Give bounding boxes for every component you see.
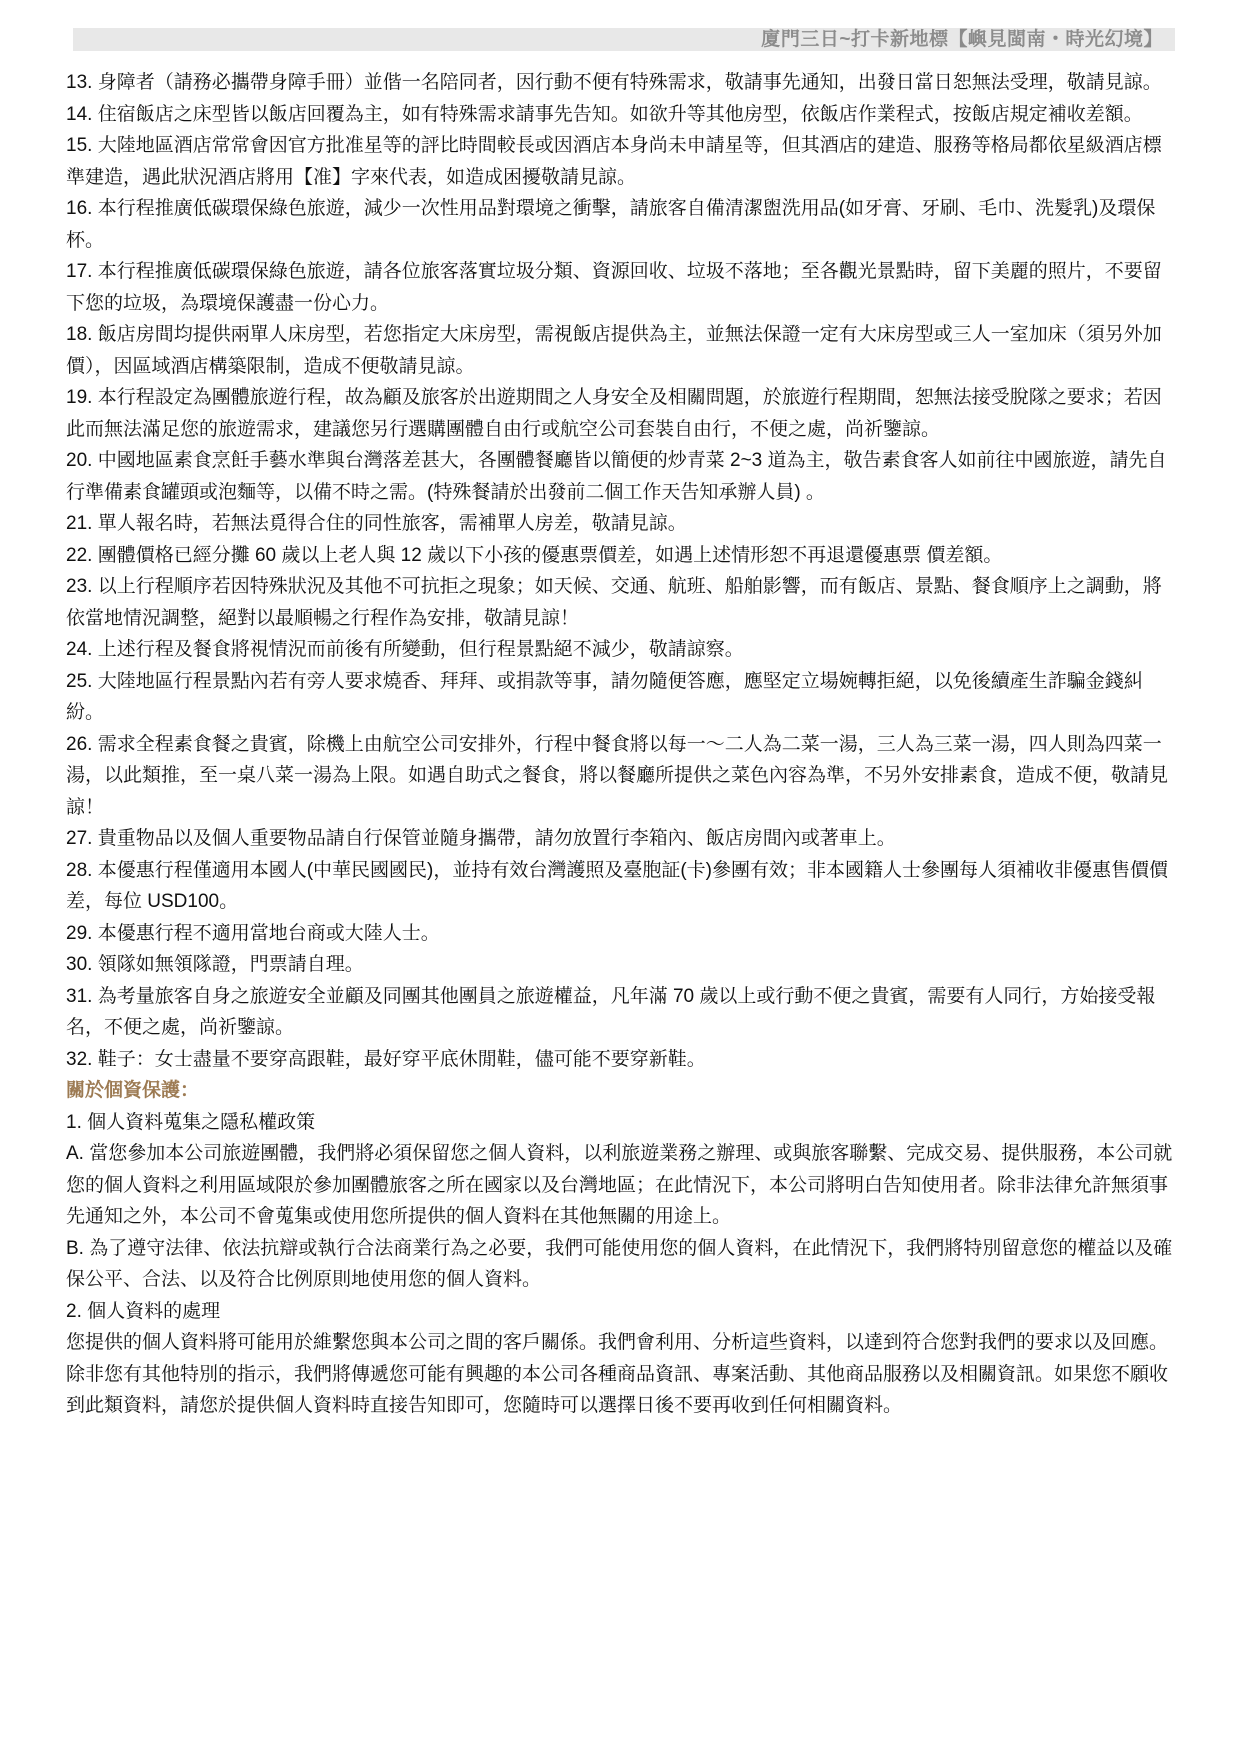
item-number: 23.	[66, 576, 98, 597]
item-text: 大陸地區行程景點內若有旁人要求燒香、拜拜、或捐款等事，請勿隨便答應，應堅定立場婉…	[66, 671, 1143, 724]
item-number: 26.	[66, 734, 98, 755]
item-number: 32.	[66, 1049, 98, 1070]
item-text: 以上行程順序若因特殊狀況及其他不可抗拒之現象；如天候、交通、航班、船舶影響，而有…	[66, 576, 1162, 629]
paragraph: A. 當您參加本公司旅遊團體，我們將必須保留您之個人資料，以利旅遊業務之辦理、或…	[66, 1138, 1177, 1233]
item-text: 您提供的個人資料將可能用於維繫您與本公司之間的客戶關係。我們會利用、分析這些資料…	[66, 1332, 1168, 1416]
item-text: 住宿飯店之床型皆以飯店回覆為主，如有特殊需求請事先告知。如欲升等其他房型，依飯店…	[98, 104, 1143, 125]
item-text: 單人報名時，若無法覓得合住的同性旅客，需補單人房差，敬請見諒。	[98, 513, 687, 534]
item-number: 27.	[66, 828, 98, 849]
item-number: 15.	[66, 135, 98, 156]
item-text: 本優惠行程不適用當地台商或大陸人士。	[98, 923, 440, 944]
item-number: 29.	[66, 923, 98, 944]
item-text: 當您參加本公司旅遊團體，我們將必須保留您之個人資料，以利旅遊業務之辦理、或與旅客…	[66, 1143, 1172, 1227]
paragraph: 25. 大陸地區行程景點內若有旁人要求燒香、拜拜、或捐款等事，請勿隨便答應，應堅…	[66, 666, 1177, 729]
item-text: 大陸地區酒店常常會因官方批准星等的評比時間較長或因酒店本身尚未申請星等，但其酒店…	[66, 135, 1162, 188]
page-header-bar: 廈門三日~打卡新地標【嶼見閩南・時光幻境】	[73, 28, 1175, 51]
item-text: 為了遵守法律、依法抗辯或執行合法商業行為之必要，我們可能使用您的個人資料，在此情…	[66, 1238, 1172, 1291]
item-number: 31.	[66, 986, 98, 1007]
document-page: 廈門三日~打卡新地標【嶼見閩南・時光幻境】 13. 身障者（請務必攜帶身障手冊）…	[0, 0, 1241, 1755]
item-text: 領隊如無領隊證，門票請自理。	[98, 954, 364, 975]
item-text: 貴重物品以及個人重要物品請自行保管並隨身攜帶，請勿放置行李箱內、飯店房間內或著車…	[98, 828, 896, 849]
privacy-list: 1. 個人資料蒐集之隱私權政策 A. 當您參加本公司旅遊團體，我們將必須保留您之…	[66, 1107, 1177, 1422]
paragraph: 16. 本行程推廣低碳環保綠色旅遊，減少一次性用品對環境之衝擊，請旅客自備清潔盥…	[66, 193, 1177, 256]
paragraph: 24. 上述行程及餐食將視情況而前後有所變動，但行程景點絕不減少，敬請諒察。	[66, 634, 1177, 666]
item-text: 為考量旅客自身之旅遊安全並顧及同團其他團員之旅遊權益，凡年滿 70 歲以上或行動…	[66, 986, 1155, 1039]
paragraph: B. 為了遵守法律、依法抗辯或執行合法商業行為之必要，我們可能使用您的個人資料，…	[66, 1233, 1177, 1296]
paragraph: 28. 本優惠行程僅適用本國人(中華民國國民)，並持有效台灣護照及臺胞証(卡)參…	[66, 855, 1177, 918]
paragraph: 21. 單人報名時，若無法覓得合住的同性旅客，需補單人房差，敬請見諒。	[66, 508, 1177, 540]
item-number: 30.	[66, 954, 98, 975]
paragraph: 23. 以上行程順序若因特殊狀況及其他不可抗拒之現象；如天候、交通、航班、船舶影…	[66, 571, 1177, 634]
item-text: 本行程設定為團體旅遊行程，故為顧及旅客於出遊期間之人身安全及相關問題，於旅遊行程…	[66, 387, 1162, 440]
item-number: 2.	[66, 1301, 87, 1322]
item-text: 中國地區素食烹飪手藝水準與台灣落差甚大，各團體餐廳皆以簡便的炒青菜 2~3 道為…	[66, 450, 1167, 503]
paragraph: 29. 本優惠行程不適用當地台商或大陸人士。	[66, 918, 1177, 950]
item-text: 本行程推廣低碳環保綠色旅遊，請各位旅客落實垃圾分類、資源回收、垃圾不落地；至各觀…	[66, 261, 1162, 314]
item-number: A.	[66, 1143, 89, 1164]
paragraph: 19. 本行程設定為團體旅遊行程，故為顧及旅客於出遊期間之人身安全及相關問題，於…	[66, 382, 1177, 445]
item-number: B.	[66, 1238, 89, 1259]
paragraph: 13. 身障者（請務必攜帶身障手冊）並偕一名陪同者，因行動不便有特殊需求，敬請事…	[66, 67, 1177, 99]
item-text: 上述行程及餐食將視情況而前後有所變動，但行程景點絕不減少，敬請諒察。	[98, 639, 744, 660]
page-title: 廈門三日~打卡新地標【嶼見閩南・時光幻境】	[761, 28, 1163, 51]
paragraph: 您提供的個人資料將可能用於維繫您與本公司之間的客戶關係。我們會利用、分析這些資料…	[66, 1327, 1177, 1422]
paragraph: 15. 大陸地區酒店常常會因官方批准星等的評比時間較長或因酒店本身尚未申請星等，…	[66, 130, 1177, 193]
item-text: 個人資料蒐集之隱私權政策	[87, 1112, 315, 1133]
paragraph: 20. 中國地區素食烹飪手藝水準與台灣落差甚大，各團體餐廳皆以簡便的炒青菜 2~…	[66, 445, 1177, 508]
item-number: 20.	[66, 450, 98, 471]
item-number: 17.	[66, 261, 98, 282]
item-text: 團體價格已經分攤 60 歲以上老人與 12 歲以下小孩的優惠票價差，如遇上述情形…	[98, 545, 1003, 566]
item-number: 1.	[66, 1112, 87, 1133]
item-number: 28.	[66, 860, 98, 881]
item-text: 本行程推廣低碳環保綠色旅遊，減少一次性用品對環境之衝擊，請旅客自備清潔盥洗用品(…	[66, 198, 1155, 251]
item-number: 18.	[66, 324, 98, 345]
paragraph: 2. 個人資料的處理	[66, 1296, 1177, 1328]
item-number: 24.	[66, 639, 98, 660]
paragraph: 31. 為考量旅客自身之旅遊安全並顧及同團其他團員之旅遊權益，凡年滿 70 歲以…	[66, 981, 1177, 1044]
item-text: 飯店房間均提供兩單人床房型，若您指定大床房型，需視飯店提供為主，並無法保證一定有…	[66, 324, 1162, 377]
item-number: 14.	[66, 104, 98, 125]
paragraph: 27. 貴重物品以及個人重要物品請自行保管並隨身攜帶，請勿放置行李箱內、飯店房間…	[66, 823, 1177, 855]
paragraph: 17. 本行程推廣低碳環保綠色旅遊，請各位旅客落實垃圾分類、資源回收、垃圾不落地…	[66, 256, 1177, 319]
paragraph: 22. 團體價格已經分攤 60 歲以上老人與 12 歲以下小孩的優惠票價差，如遇…	[66, 540, 1177, 572]
item-number: 21.	[66, 513, 98, 534]
item-text: 需求全程素食餐之貴賓，除機上由航空公司安排外，行程中餐食將以每一～二人為二菜一湯…	[66, 734, 1168, 818]
terms-list: 13. 身障者（請務必攜帶身障手冊）並偕一名陪同者，因行動不便有特殊需求，敬請事…	[66, 67, 1177, 1075]
item-number: 25.	[66, 671, 98, 692]
paragraph: 32. 鞋子：女士盡量不要穿高跟鞋，最好穿平底休閒鞋，儘可能不要穿新鞋。	[66, 1044, 1177, 1076]
item-number: 19.	[66, 387, 98, 408]
privacy-section-heading: 關於個資保護：	[66, 1075, 1177, 1107]
paragraph: 14. 住宿飯店之床型皆以飯店回覆為主，如有特殊需求請事先告知。如欲升等其他房型…	[66, 99, 1177, 131]
paragraph: 1. 個人資料蒐集之隱私權政策	[66, 1107, 1177, 1139]
item-number: 16.	[66, 198, 98, 219]
item-number: 13.	[66, 72, 98, 93]
paragraph: 18. 飯店房間均提供兩單人床房型，若您指定大床房型，需視飯店提供為主，並無法保…	[66, 319, 1177, 382]
paragraph: 30. 領隊如無領隊證，門票請自理。	[66, 949, 1177, 981]
paragraph: 26. 需求全程素食餐之貴賓，除機上由航空公司安排外，行程中餐食將以每一～二人為…	[66, 729, 1177, 824]
item-text: 身障者（請務必攜帶身障手冊）並偕一名陪同者，因行動不便有特殊需求，敬請事先通知，…	[98, 72, 1162, 93]
document-content: 13. 身障者（請務必攜帶身障手冊）並偕一名陪同者，因行動不便有特殊需求，敬請事…	[0, 51, 1241, 1422]
item-text: 本優惠行程僅適用本國人(中華民國國民)，並持有效台灣護照及臺胞証(卡)參團有效；…	[66, 860, 1168, 913]
item-number: 22.	[66, 545, 98, 566]
item-text: 個人資料的處理	[87, 1301, 220, 1322]
item-text: 鞋子：女士盡量不要穿高跟鞋，最好穿平底休閒鞋，儘可能不要穿新鞋。	[98, 1049, 706, 1070]
